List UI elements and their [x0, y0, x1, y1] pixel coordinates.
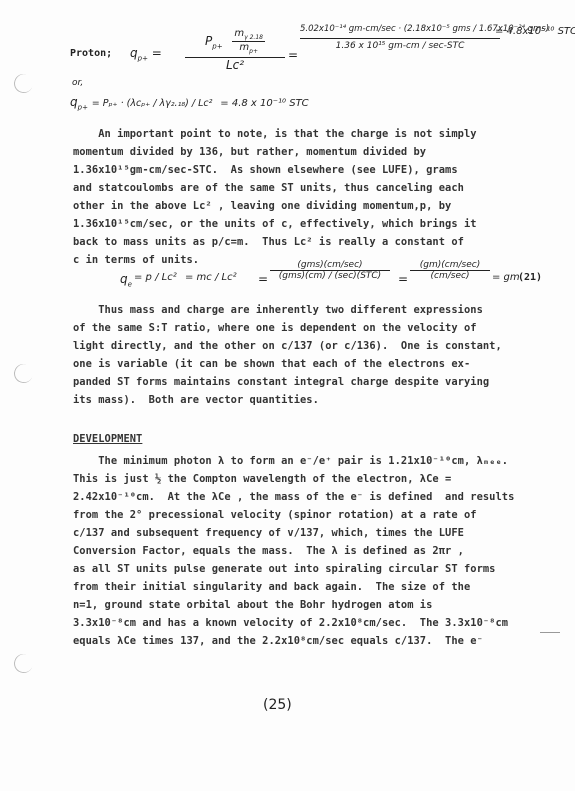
page-number: (25) [263, 697, 292, 713]
binder-hole-mark [11, 71, 35, 95]
proton-value-fraction: 5.02x10⁻¹⁴ gm-cm/sec · (2.18x10⁻⁵ gms / … [300, 24, 500, 51]
qe-units-fraction-1: (gms)(cm/sec) (gms)(cm) / (sec)(STC) [270, 260, 390, 281]
scan-artifact [540, 632, 560, 633]
binder-hole-mark [11, 651, 35, 675]
scanned-page: Proton; qp+ = Pp+ mγ 2.18mp+ Lc² = 5.02x… [0, 0, 575, 791]
proton-fraction: Pp+ mγ 2.18mp+ Lc² [185, 28, 285, 72]
proton-lhs: qp+ = [130, 46, 162, 62]
proton-result: = 4.8x10⁻¹⁰ STC [495, 26, 575, 37]
section-heading-development: DEVELOPMENT [73, 430, 142, 448]
or-label: or, [72, 78, 83, 88]
proton-charge-alt-equation: qp+ = Pₚ₊ · (λᴄₚ₊ / λγ₂.₁₈) / Lc² = 4.8 … [70, 95, 309, 111]
proton-label: Proton; [70, 48, 112, 59]
equation-number: (21) [518, 272, 542, 283]
binder-hole-mark [11, 361, 35, 385]
alt-result: = 4.8 x 10⁻¹⁰ STC [220, 98, 308, 109]
qe-units-fraction-2: (gm)(cm/sec) (cm/sec) [410, 260, 490, 281]
